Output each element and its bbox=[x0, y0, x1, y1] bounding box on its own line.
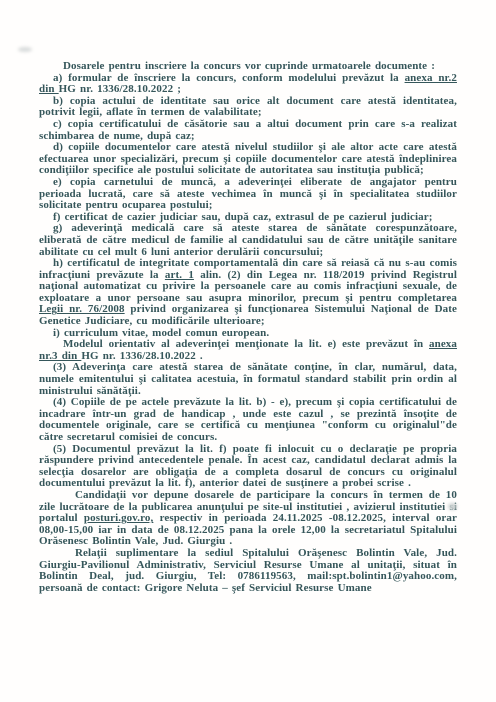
text-segment: Relaţii suplimentare la sediul Spitalulu… bbox=[39, 547, 457, 594]
paragraph: a) formular de înscriere la concurs, con… bbox=[39, 73, 457, 96]
text-segment: e) copia carnetului de muncă, a adeverin… bbox=[39, 176, 457, 211]
document-body: Dosarele pentru inscriere la concurs vor… bbox=[39, 61, 457, 594]
paragraph: c) copia certificatului de căsătorie sau… bbox=[39, 119, 457, 142]
paragraph: Relaţii suplimentare la sediul Spitalulu… bbox=[39, 548, 457, 594]
text-segment: (4) Copiile de pe actele prevăzute la li… bbox=[39, 396, 457, 443]
text-segment: HG nr. 1336/28.10.2022 ; bbox=[59, 83, 181, 95]
paragraph: (4) Copiile de pe actele prevăzute la li… bbox=[39, 397, 457, 443]
underlined-reference: Legii nr. 76/2008 bbox=[39, 303, 125, 315]
text-segment: (5) Documentul prevăzut la lit. f) poate… bbox=[39, 443, 457, 490]
underlined-reference: art. 1 bbox=[165, 269, 194, 281]
paragraph: h) certificatul de integritate comportam… bbox=[39, 258, 457, 328]
paragraph: d) copiile documentelor care atestă nive… bbox=[39, 142, 457, 177]
paragraph: (3) Adeverinţa care atestă starea de săn… bbox=[39, 362, 457, 397]
paragraph: Modelul orientativ al adeverinţei menţio… bbox=[39, 339, 457, 362]
text-segment: i) curriculum vitae, model comun europea… bbox=[53, 327, 269, 339]
paragraph: Candidaţii vor depune dosarele de partic… bbox=[39, 490, 457, 548]
text-segment: f) certificat de cazier judiciar sau, du… bbox=[53, 211, 433, 223]
text-segment: a) formular de înscriere la concurs, con… bbox=[53, 72, 405, 84]
text-segment: b) copia actului de identitate sau orice… bbox=[39, 95, 457, 119]
underlined-reference: posturi.gov.ro, bbox=[84, 512, 153, 524]
paragraph: e) copia carnetului de muncă, a adeverin… bbox=[39, 177, 457, 212]
text-segment: c) copia certificatului de căsătorie sau… bbox=[39, 118, 457, 142]
text-segment: Dosarele pentru inscriere la concurs vor… bbox=[63, 60, 435, 72]
text-segment: HG nr. 1336/28.10.2022 . bbox=[81, 350, 202, 362]
paragraph: (5) Documentul prevăzut la lit. f) poate… bbox=[39, 444, 457, 490]
text-segment: Modelul orientativ al adeverinţei menţio… bbox=[63, 338, 429, 350]
text-segment: g) adeverinţă medicală care să ateste st… bbox=[39, 222, 457, 257]
scanned-document-page: Dosarele pentru inscriere la concurs vor… bbox=[0, 0, 496, 702]
text-segment: (3) Adeverinţa care atestă starea de săn… bbox=[39, 361, 457, 396]
scan-smudge bbox=[18, 47, 32, 52]
paragraph: g) adeverinţă medicală care să ateste st… bbox=[39, 223, 457, 258]
paragraph: b) copia actului de identitate sau orice… bbox=[39, 96, 457, 119]
text-segment: d) copiile documentelor care atestă nive… bbox=[39, 141, 457, 176]
